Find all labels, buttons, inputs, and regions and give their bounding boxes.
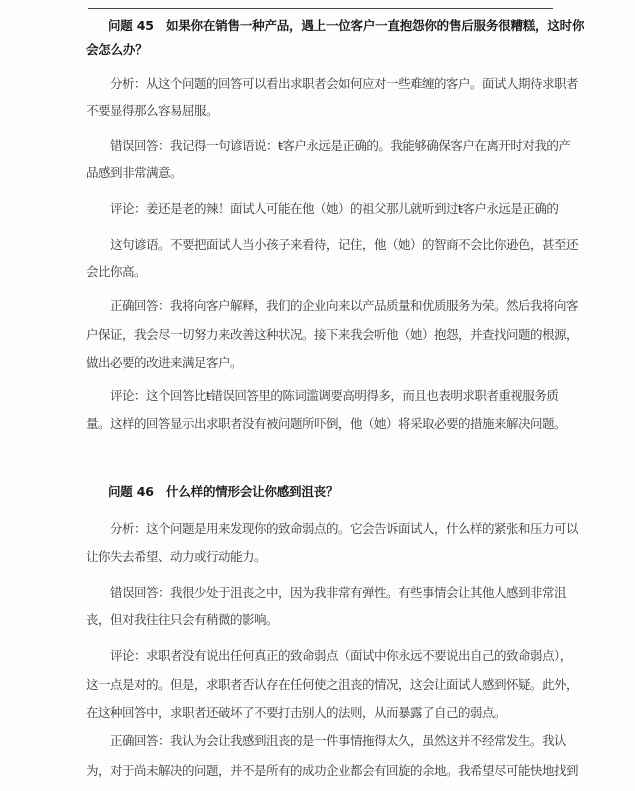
q45-comment-right-line-2: 量。这样的回答显示出求职者没有被问题所吓倒，他（她）将采取必要的措施来解决问题。: [86, 415, 566, 433]
q45-analysis-line-2: 不要显得那么容易屈服。: [86, 102, 218, 120]
q46-heading-line-1: 问题 46 什么样的情形会让你感到沮丧？: [108, 483, 338, 501]
q45-wrong-answer-line-2: 品感到非常满意。: [86, 164, 182, 182]
q46-analysis-line-1: 分析：这个问题是用来发现你的致命弱点的。它会告诉面试人，什么样的紧张和压力可以: [110, 520, 578, 538]
q45-comment-wrong-line-2: 这句谚语。不要把面试人当小孩子来看待，记住，他（她）的智商不会比你逊色，甚至还: [110, 236, 578, 254]
q46-right-answer-line-1: 正确回答：我认为会让我感到沮丧的是一件事情拖得太久，虽然这并不经常发生。我认: [110, 732, 566, 750]
q46-right-answer-line-2: 为，对于尚未解决的问题，并不是所有的成功企业都会有回旋的余地。我希望尽可能快地找…: [86, 762, 578, 780]
q45-analysis-line-1: 分析：从这个问题的回答可以看出求职者会如何应对一些难缠的客户。面试人期待求职者: [110, 75, 578, 93]
q45-comment-wrong-line-1: 评论：姜还是老的辣！面试人可能在他（她）的祖父那儿就听到过ŧ客户永远是正确的: [110, 200, 558, 218]
q45-comment-wrong-line-3: 会比你高。: [86, 263, 146, 281]
q46-wrong-answer-line-1: 错误回答：我很少处于沮丧之中，因为我非常有弹性。有些事情会让其他人感到非常沮: [110, 584, 566, 602]
document-page: 问题 45 如果你在销售一种产品，遇上一位客户一直抱怨你的售后服务很糟糕，这时你…: [0, 0, 635, 791]
q45-right-answer-line-3: 做出必要的改进来满足客户。: [86, 354, 242, 372]
q46-comment-wrong-line-1: 评论：求职者没有说出任何真正的致命弱点（面试中你永远不要说出自己的致命弱点），: [110, 647, 572, 665]
q46-comment-wrong-line-3: 在这种回答中，求职者还破坏了不要打击别人的法则，从而暴露了自己的弱点。: [86, 704, 506, 722]
q46-wrong-answer-line-2: 丧，但对我往往只会有稍微的影响。: [86, 611, 278, 629]
header-rule: [88, 8, 553, 9]
q45-heading-line-1: 问题 45 如果你在销售一种产品，遇上一位客户一直抱怨你的售后服务很糟糕，这时你: [108, 17, 584, 35]
q45-right-answer-line-1: 正确回答：我将向客户解释，我们的企业向来以产品质量和优质服务为荣。然后我将向客: [110, 297, 578, 315]
q45-wrong-answer-line-1: 错误回答：我记得一句谚语说：ŧ客户永远是正确的。我能够确保客户在离开时对我的产: [110, 137, 570, 155]
q46-analysis-line-2: 让你失去希望、动力或行动能力。: [86, 548, 266, 566]
q45-right-answer-line-2: 户保证，我会尽一切努力来改善这种状况。接下来我会听他（她）抱怨，并查找问题的根源…: [86, 326, 578, 344]
q45-comment-right-line-1: 评论：这个回答比ŧ错误回答里的陈词滥调要高明得多，而且也表明求职者重视服务质: [110, 387, 558, 405]
q46-comment-wrong-line-2: 这一点是对的。但是，求职者否认存在任何使之沮丧的情况，这会让面试人感到怀疑。此外…: [86, 676, 578, 694]
q45-heading-line-2: 会怎么办？: [86, 41, 148, 59]
